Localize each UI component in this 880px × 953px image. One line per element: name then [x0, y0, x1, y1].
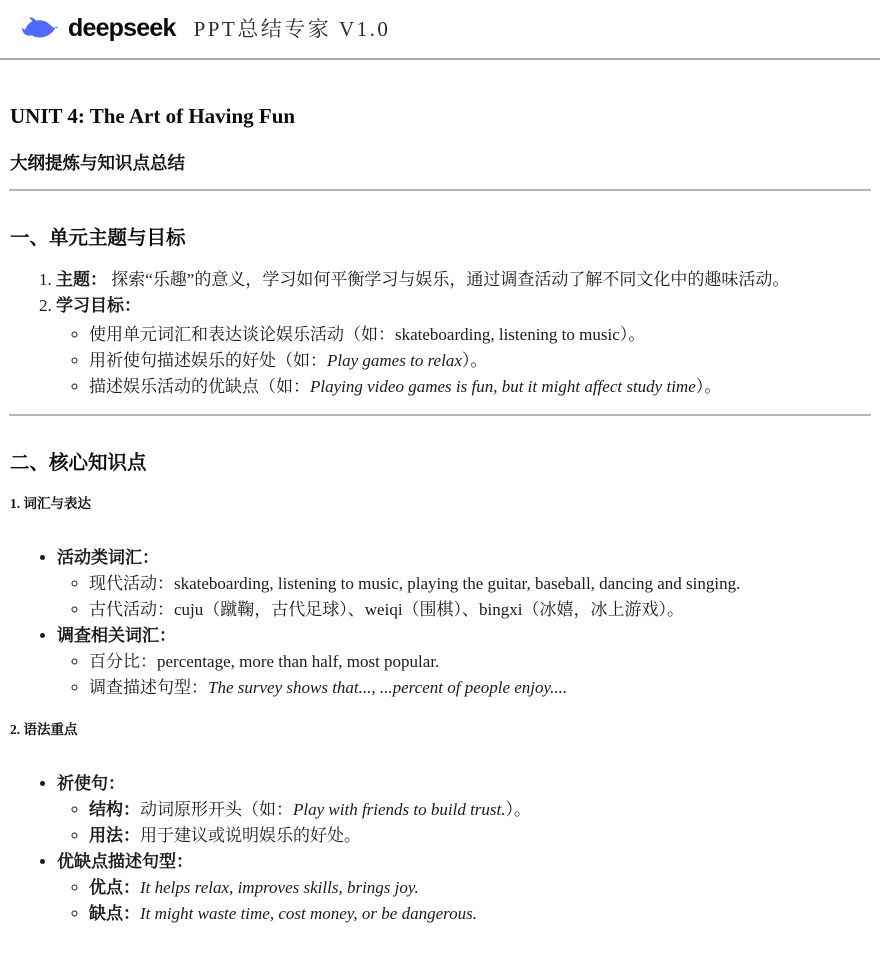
vocab-item: 调查相关词汇： 百分比：percentage, more than half, … [57, 623, 871, 701]
subitem-example-en: Play with friends to build trust. [293, 800, 506, 819]
document: UNIT 4: The Art of Having Fun 大纲提炼与知识点总结… [0, 104, 880, 953]
grammar-sublist: 结构：动词原形开头（如：Play with friends to build t… [57, 797, 871, 849]
item-label: 学习目标： [56, 296, 141, 315]
subitem-text: cuju（蹴鞠，古代足球）、weiqi（围棋）、bingxi（冰嬉，冰上游戏）。 [174, 600, 684, 619]
unit-title: UNIT 4: The Art of Having Fun [10, 104, 871, 129]
subitem-label: 用法： [89, 826, 140, 845]
vocab-subitem: 调查描述句型：The survey shows that..., ...perc… [89, 675, 871, 701]
vocab-subitem: 现代活动：skateboarding, listening to music, … [89, 571, 871, 597]
list-item-goals: 学习目标： 使用单元词汇和表达谈论娱乐活动（如：skateboarding, l… [56, 293, 871, 400]
subitem-text: skateboarding, listening to music, playi… [174, 574, 740, 593]
list-item-theme: 主题： 探索“乐趣”的意义，学习如何平衡学习与娱乐，通过调查活动了解不同文化中的… [56, 267, 871, 293]
goal-item: 使用单元词汇和表达谈论娱乐活动（如：skateboarding, listeni… [89, 322, 871, 348]
grammar-label: 优缺点描述句型： [57, 852, 193, 871]
doc-subtitle: 大纲提炼与知识点总结 [10, 150, 871, 175]
goal-item: 描述娱乐活动的优缺点（如：Playing video games is fun,… [89, 374, 871, 400]
deepseek-wordmark: deepseek [68, 14, 176, 43]
subitem-label: 缺点： [89, 904, 140, 923]
section-divider [9, 414, 871, 416]
section2-heading: 二、核心知识点 [10, 447, 871, 475]
section1-list: 主题： 探索“乐趣”的意义，学习如何平衡学习与娱乐，通过调查活动了解不同文化中的… [9, 267, 871, 400]
section1-heading: 一、单元主题与目标 [10, 222, 871, 250]
subitem-example-en: The survey shows that..., ...percent of … [208, 678, 567, 697]
grammar-list: 祈使句： 结构：动词原形开头（如：Play with friends to bu… [9, 771, 871, 927]
whale-icon [22, 14, 59, 42]
subitem-text: 用于建议或说明娱乐的好处。 [140, 826, 361, 845]
vocab-sublist: 百分比：percentage, more than half, most pop… [57, 649, 871, 701]
goals-sublist: 使用单元词汇和表达谈论娱乐活动（如：skateboarding, listeni… [56, 322, 871, 400]
vocab-subitem: 百分比：percentage, more than half, most pop… [89, 649, 871, 675]
item-label: 主题： [56, 270, 107, 289]
goal-text-cn: 使用单元词汇和表达谈论娱乐活动（如： [89, 325, 395, 344]
grammar-subitem: 优点：It helps relax, improves skills, brin… [89, 875, 871, 901]
deepseek-logo[interactable]: deepseek [22, 14, 176, 43]
goal-example-en: skateboarding, listening to music [395, 325, 620, 344]
subitem-text: 动词原形开头（如： [140, 800, 293, 819]
subitem-label: 古代活动： [89, 600, 174, 619]
grammar-label: 祈使句： [57, 774, 125, 793]
goal-item: 用祈使句描述娱乐的好处（如：Play games to relax）。 [89, 348, 871, 374]
subitem-text: percentage, more than half, most popular… [157, 652, 439, 671]
section-divider [9, 189, 871, 191]
goal-text-cn: ）。 [696, 377, 722, 396]
goal-text-cn: 用祈使句描述娱乐的好处（如： [89, 351, 327, 370]
goal-text-cn: ）。 [462, 351, 488, 370]
subitem-label: 结构： [89, 800, 140, 819]
vocab-label: 调查相关词汇： [57, 626, 176, 645]
goal-example-en: Play games to relax [327, 351, 462, 370]
item-text: 探索“乐趣”的意义，学习如何平衡学习与娱乐，通过调查活动了解不同文化中的趣味活动… [111, 270, 789, 289]
app-header: deepseek PPT总结专家 V1.0 [0, 0, 880, 58]
grammar-sublist: 优点：It helps relax, improves skills, brin… [57, 875, 871, 927]
goal-text-cn: ）。 [620, 325, 646, 344]
vocab-list: 活动类词汇： 现代活动：skateboarding, listening to … [9, 545, 871, 701]
app-title: PPT总结专家 V1.0 [194, 13, 391, 43]
grammar-heading: 2. 语法重点 [10, 718, 871, 738]
vocab-heading: 1. 词汇与表达 [10, 492, 871, 512]
grammar-subitem: 缺点：It might waste time, cost money, or b… [89, 901, 871, 927]
subitem-label: 优点： [89, 878, 140, 897]
grammar-item: 祈使句： 结构：动词原形开头（如：Play with friends to bu… [57, 771, 871, 849]
subitem-text: ）。 [506, 800, 532, 819]
grammar-subitem: 用法：用于建议或说明娱乐的好处。 [89, 823, 871, 849]
vocab-subitem: 古代活动：cuju（蹴鞠，古代足球）、weiqi（围棋）、bingxi（冰嬉，冰… [89, 597, 871, 623]
subitem-label: 百分比： [89, 652, 157, 671]
goal-example-en: Playing video games is fun, but it might… [310, 377, 696, 396]
header-divider [0, 58, 880, 60]
subitem-example-en: It might waste time, cost money, or be d… [140, 904, 477, 923]
grammar-subitem: 结构：动词原形开头（如：Play with friends to build t… [89, 797, 871, 823]
vocab-item: 活动类词汇： 现代活动：skateboarding, listening to … [57, 545, 871, 623]
subitem-label: 现代活动： [89, 574, 174, 593]
subitem-example-en: It helps relax, improves skills, brings … [140, 878, 419, 897]
subitem-label: 调查描述句型： [89, 678, 208, 697]
grammar-item: 优缺点描述句型： 优点：It helps relax, improves ski… [57, 849, 871, 927]
vocab-label: 活动类词汇： [57, 548, 159, 567]
goal-text-cn: 描述娱乐活动的优缺点（如： [89, 377, 310, 396]
vocab-sublist: 现代活动：skateboarding, listening to music, … [57, 571, 871, 623]
